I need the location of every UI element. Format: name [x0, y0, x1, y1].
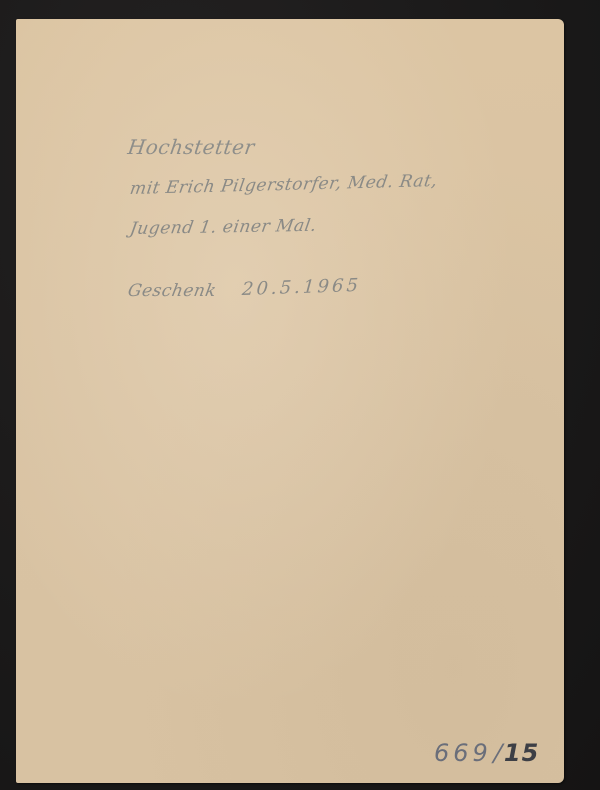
handwritten-gift-label: Geschenk	[126, 281, 218, 301]
inventory-number-main: 669	[434, 739, 492, 767]
archival-card: Hochstetter mit Erich Pilgerstorfer, Med…	[16, 19, 564, 783]
inventory-number-sub: 15	[504, 739, 539, 767]
handwritten-date: 20.5.1965	[241, 275, 361, 300]
handwritten-line-2: mit Erich Pilgerstorfer, Med. Rat,	[128, 171, 438, 199]
handwritten-title: Hochstetter	[126, 135, 256, 159]
handwritten-line-3: Jugend 1. einer Mal.	[128, 216, 318, 239]
inventory-number: 669/15	[434, 739, 539, 767]
